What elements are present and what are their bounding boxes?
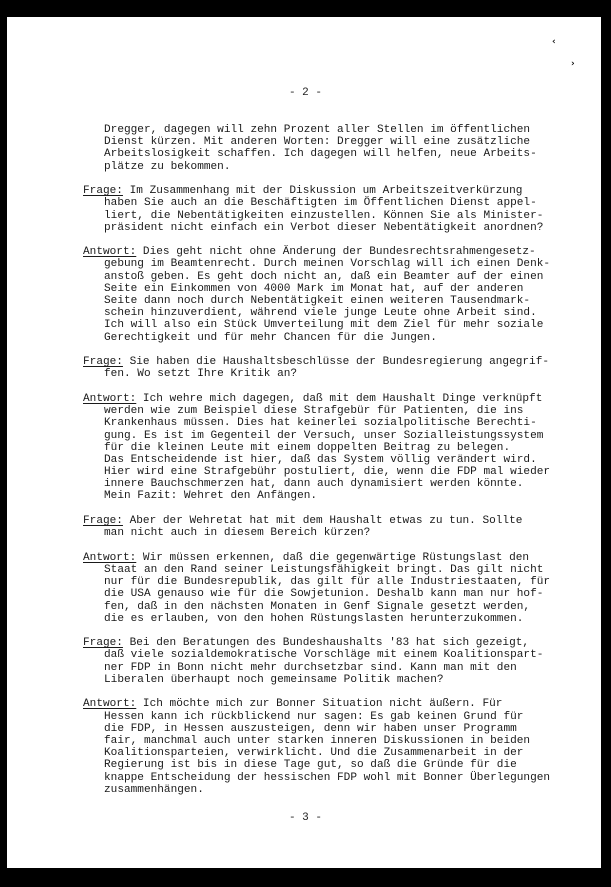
answer-label: Antwort: [83,698,136,710]
text-line: knappe Entscheidung der hessischen FDP w… [83,772,603,784]
scan-mark: ‹ [552,37,556,47]
text-line-start: Im Zusammenhang mit der Diskussion um Ar… [123,185,522,197]
text-line: fair, manchmal auch unter starken innere… [83,735,603,747]
text-line-start: Ich möchte mich zur Bonner Situation nic… [136,698,502,710]
text-line: liert, die Nebentätigkeiten einzustellen… [83,210,603,222]
text-line: Dienst kürzen. Mit anderen Worten: Dregg… [83,136,603,148]
answer-label: Antwort: [83,552,136,564]
text-line-start: Sie haben die Haushaltsbeschlüsse der Bu… [123,356,549,368]
text-line: Frage: Im Zusammenhang mit der Diskussio… [83,185,603,197]
text-line: Das Entscheidende ist hier, daß das Syst… [83,454,603,466]
text-line: Arbeitslosigkeit schaffen. Ich dagegen w… [83,148,603,160]
text-line: Dregger, dagegen will zehn Prozent aller… [83,124,603,136]
text-line: Seite dann noch durch Nebentätigkeit ein… [83,295,603,307]
text-line: werden wie zum Beispiel diese Strafgebür… [83,405,603,417]
text-line: gebung im Beamtenrecht. Durch meinen Vor… [83,258,603,270]
page-number-bottom: - 3 - [0,812,611,824]
text-line: Koalitionsparteien, verwirklicht. Und di… [83,747,603,759]
text-line: Antwort: Wir müssen erkennen, daß die ge… [83,552,603,564]
text-line: fen. Wo setzt Ihre Kritik an? [83,368,603,380]
text-line: Mein Fazit: Wehret den Anfängen. [83,490,603,502]
text-line: die es erlauben, von den hohen Rüstungsl… [83,613,603,625]
text-line: Frage: Sie haben die Haushaltsbeschlüsse… [83,356,603,368]
text-line: die USA genauso wie für die Sowjetunion.… [83,588,603,600]
text-line-start: Wir müssen erkennen, daß die gegenwärtig… [136,552,529,564]
intro-paragraph: Dregger, dagegen will zehn Prozent aller… [83,124,603,173]
text-line: Frage: Aber der Wehretat hat mit dem Hau… [83,515,603,527]
text-line: Gerechtigkeit und für mehr Chancen für d… [83,332,603,344]
text-line: Antwort: Ich wehre mich dagegen, daß mit… [83,393,603,405]
text-line: schein hinzuverdient, während viele jung… [83,307,603,319]
question-block: Frage: Bei den Beratungen des Bundeshaus… [83,637,603,686]
text-line: die FDP, in Hessen auszusteigen, denn wi… [83,723,603,735]
text-line: daß viele sozialdemokratische Vorschläge… [83,649,603,661]
text-line: man nicht auch in diesem Bereich kürzen? [83,527,603,539]
answer-block: Antwort: Wir müssen erkennen, daß die ge… [83,552,603,625]
text-line: Frage: Bei den Beratungen des Bundeshaus… [83,637,603,649]
text-line: Antwort: Ich möchte mich zur Bonner Situ… [83,698,603,710]
text-line: Krankenhaus müssen. Dies hat keinerlei s… [83,417,603,429]
text-line: zusammenhängen. [83,784,603,796]
question-label: Frage: [83,637,123,649]
text-line: gung. Es ist im Gegenteil der Versuch, u… [83,430,603,442]
text-line: innere Bauchschmerzen hat, dann auch dyn… [83,478,603,490]
question-label: Frage: [83,356,123,368]
text-line: Hessen kann ich rückblickend nur sagen: … [83,711,603,723]
text-line: Liberalen überhaupt noch gemeinsame Poli… [83,674,603,686]
interview-text: Dregger, dagegen will zehn Prozent aller… [83,124,603,808]
text-line-start: Aber der Wehretat hat mit dem Haushalt e… [123,515,522,527]
text-line-start: Ich wehre mich dagegen, daß mit dem Haus… [136,393,542,405]
text-line: nur für die Bundesrepublik, das gilt für… [83,576,603,588]
text-line-start: Bei den Beratungen des Bundeshaushalts '… [123,637,529,649]
text-line: Ich will also ein Stück Umverteilung mit… [83,319,603,331]
question-block: Frage: Aber der Wehretat hat mit dem Hau… [83,515,603,539]
answer-block: Antwort: Ich wehre mich dagegen, daß mit… [83,393,603,503]
text-line: ner FDP in Bonn nicht mehr durchsetzbar … [83,662,603,674]
text-line: Antwort: Dies geht nicht ohne Änderung d… [83,246,603,258]
text-line: präsident nicht einfach ein Verbot diese… [83,222,603,234]
text-line: Regierung ist bis in diese Tage gut, so … [83,759,603,771]
text-line: Seite ein Einkommen von 4000 Mark im Mon… [83,283,603,295]
page-number-top: - 2 - [0,87,611,99]
question-block: Frage: Sie haben die Haushaltsbeschlüsse… [83,356,603,380]
scan-mark: › [571,59,575,69]
question-label: Frage: [83,185,123,197]
text-line: Hier wird eine Strafgebühr postuliert, d… [83,466,603,478]
answer-block: Antwort: Dies geht nicht ohne Änderung d… [83,246,603,344]
answer-block: Antwort: Ich möchte mich zur Bonner Situ… [83,698,603,796]
text-line: anstoß geben. Es geht doch nicht an, daß… [83,271,603,283]
answer-label: Antwort: [83,393,136,405]
question-label: Frage: [83,515,123,527]
text-line-start: Dies geht nicht ohne Änderung der Bundes… [136,246,535,258]
text-line: Staat an den Rand seiner Leistungsfähigk… [83,564,603,576]
text-line: plätze zu bekommen. [83,161,603,173]
text-line: für die kleinen Leute mit einem doppelte… [83,442,603,454]
text-line: haben Sie auch an die Beschäftigten im Ö… [83,197,603,209]
text-line: fen, daß in den nächsten Monaten in Genf… [83,601,603,613]
answer-label: Antwort: [83,246,136,258]
question-block: Frage: Im Zusammenhang mit der Diskussio… [83,185,603,234]
